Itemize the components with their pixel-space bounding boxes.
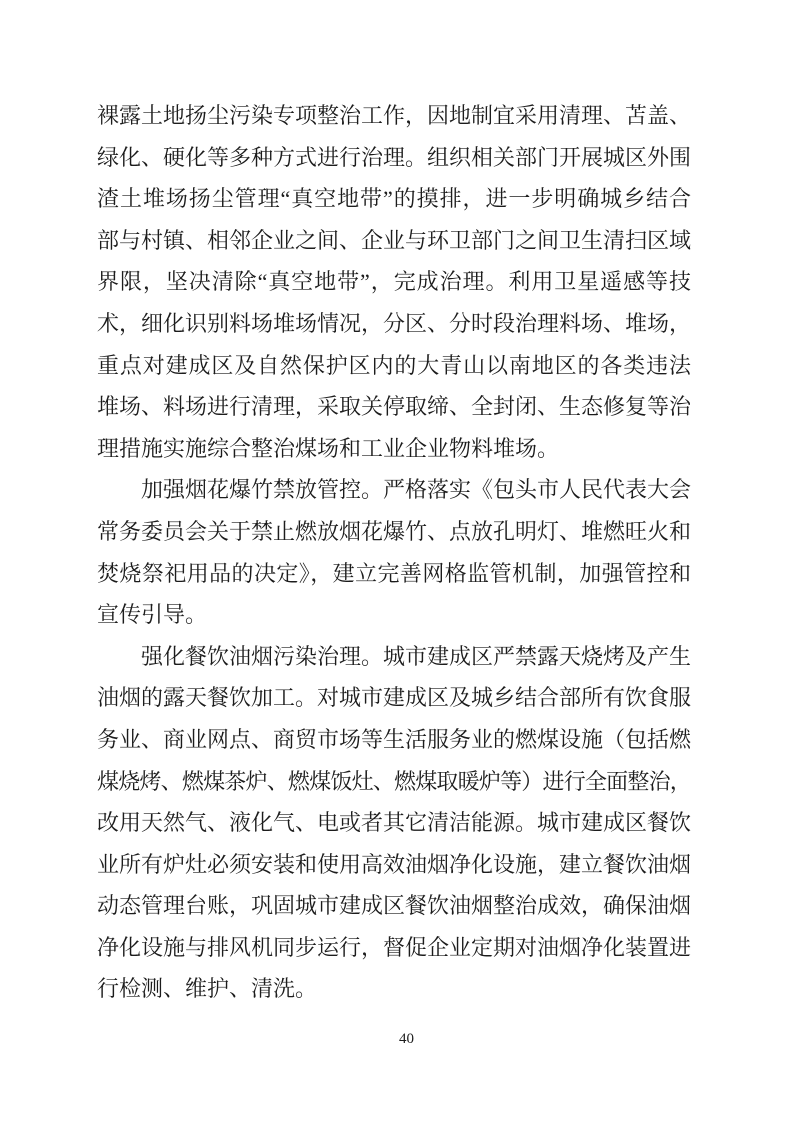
text-line: 界限，坚决清除“真空地带”，完成治理。利用卫星遥感等技: [97, 261, 691, 303]
page-number: 40: [399, 1031, 414, 1047]
text-line: 油烟的露天餐饮加工。对城市建成区及城乡结合部所有饮食服: [97, 677, 691, 719]
text-line: 宣传引导。: [97, 594, 691, 636]
text-line: 行检测、维护、清洗。: [97, 968, 691, 1010]
text-line: 业所有炉灶必须安装和使用高效油烟净化设施，建立餐饮油烟: [97, 844, 691, 886]
text-line: 动态管理台账，巩固城市建成区餐饮油烟整治成效，确保油烟: [97, 885, 691, 927]
text-line: 焚烧祭祀用品的决定》，建立完善网格监管机制，加强管控和: [97, 553, 691, 595]
text-line: 改用天然气、液化气、电或者其它清洁能源。城市建成区餐饮: [97, 802, 691, 844]
text-line: 绿化、硬化等多种方式进行治理。组织相关部门开展城区外围: [97, 137, 691, 179]
text-line: 堆场、料场进行清理，采取关停取缔、全封闭、生态修复等治: [97, 386, 691, 428]
text-line: 部与村镇、相邻企业之间、企业与环卫部门之间卫生清扫区域: [97, 220, 691, 262]
document-body: 裸露土地扬尘污染专项整治工作，因地制宜采用清理、苫盖、 绿化、硬化等多种方式进行…: [97, 95, 691, 1010]
text-line: 净化设施与排风机同步运行，督促企业定期对油烟净化装置进: [97, 927, 691, 969]
text-line: 务业、商业网点、商贸市场等生活服务业的燃煤设施（包括燃: [97, 719, 691, 761]
text-line: 强化餐饮油烟污染治理。城市建成区严禁露天烧烤及产生: [97, 636, 691, 678]
text-line: 理措施实施综合整治煤场和工业企业物料堆场。: [97, 428, 691, 470]
document-page: 裸露土地扬尘污染专项整治工作，因地制宜采用清理、苫盖、 绿化、硬化等多种方式进行…: [0, 0, 793, 1122]
page-footer: 40: [10, 1030, 793, 1048]
text-line: 裸露土地扬尘污染专项整治工作，因地制宜采用清理、苫盖、: [97, 95, 691, 137]
text-line: 重点对建成区及自然保护区内的大青山以南地区的各类违法: [97, 345, 691, 387]
text-line: 常务委员会关于禁止燃放烟花爆竹、点放孔明灯、堆燃旺火和: [97, 511, 691, 553]
text-line: 术，细化识别料场堆场情况，分区、分时段治理料场、堆场，: [97, 303, 691, 345]
text-line: 煤烧烤、燃煤茶炉、燃煤饭灶、燃煤取暖炉等）进行全面整治，: [97, 761, 691, 803]
text-line: 加强烟花爆竹禁放管控。严格落实《包头市人民代表大会: [97, 469, 691, 511]
text-line: 渣土堆场扬尘管理“真空地带”的摸排，进一步明确城乡结合: [97, 178, 691, 220]
